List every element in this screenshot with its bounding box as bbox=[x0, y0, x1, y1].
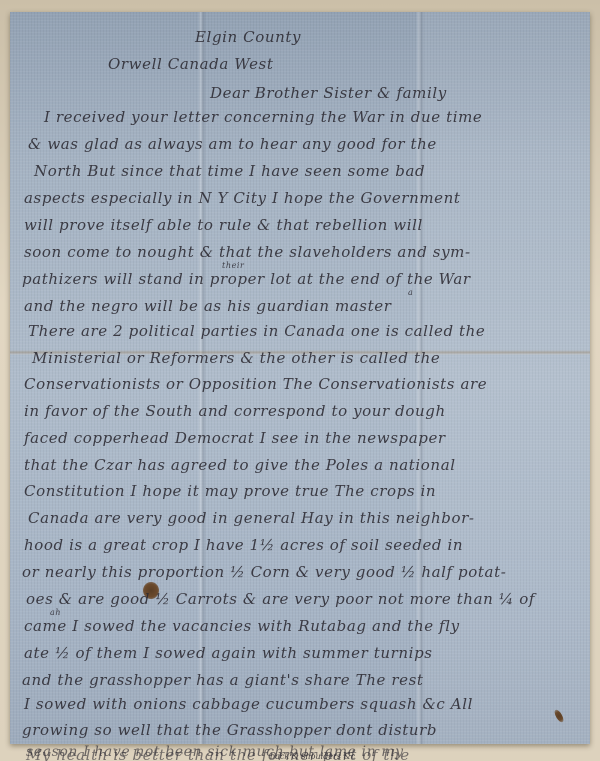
body-line: that the Czar has agreed to give the Pol… bbox=[24, 456, 456, 474]
body-line: Constitution I hope it may prove true Th… bbox=[24, 482, 436, 500]
body-line: Conservationists or Opposition The Conse… bbox=[24, 375, 487, 393]
interlinear-insertion: ah bbox=[50, 608, 61, 617]
body-line: and the grasshopper has a giant's share … bbox=[22, 671, 424, 689]
body-line: Ministerial or Reformers & the other is … bbox=[32, 349, 440, 367]
interlinear-insertion-bottom: back & shoulders &c bbox=[270, 752, 355, 761]
body-line: aspects especially in N Y City I hope th… bbox=[24, 189, 461, 207]
body-line: & was glad as always am to hear any good… bbox=[28, 135, 437, 153]
place-line: Orwell Canada West bbox=[108, 55, 273, 73]
interlinear-insertion: their bbox=[222, 261, 244, 270]
body-line: I sowed with onions cabbage cucumbers sq… bbox=[24, 695, 473, 713]
body-line: North But since that time I have seen so… bbox=[34, 162, 425, 180]
body-line: I received your letter concerning the Wa… bbox=[44, 108, 482, 126]
body-line: and the negro will be as his guardian ma… bbox=[24, 297, 391, 315]
body-line: ate ½ of them I sowed again with summer … bbox=[24, 644, 433, 662]
body-line: Canada are very good in general Hay in t… bbox=[28, 509, 475, 527]
body-line: faced copperhead Democrat I see in the n… bbox=[24, 429, 446, 447]
body-line: pathizers will stand in proper lot at th… bbox=[22, 270, 471, 288]
letter-text: Elgin County Orwell Canada West Dear Bro… bbox=[10, 12, 590, 744]
body-line: hood is a great crop I have 1½ acres of … bbox=[24, 536, 463, 554]
body-line: in favor of the South and correspond to … bbox=[24, 402, 446, 420]
body-line: growing so well that the Grasshopper don… bbox=[22, 721, 437, 739]
body-line: or nearly this proportion ½ Corn & very … bbox=[22, 563, 506, 581]
salutation-line: Dear Brother Sister & family bbox=[210, 84, 447, 102]
interlinear-insertion: a bbox=[408, 288, 413, 297]
body-line: oes & are good ½ Carrots & are very poor… bbox=[26, 590, 535, 608]
body-line: There are 2 political parties in Canada … bbox=[28, 322, 485, 340]
body-line: soon come to nought & that the slavehold… bbox=[24, 243, 471, 261]
county-line: Elgin County bbox=[195, 28, 301, 46]
body-line: will prove itself able to rule & that re… bbox=[24, 216, 423, 234]
body-line: came I sowed the vacancies with Rutabag … bbox=[24, 617, 460, 635]
